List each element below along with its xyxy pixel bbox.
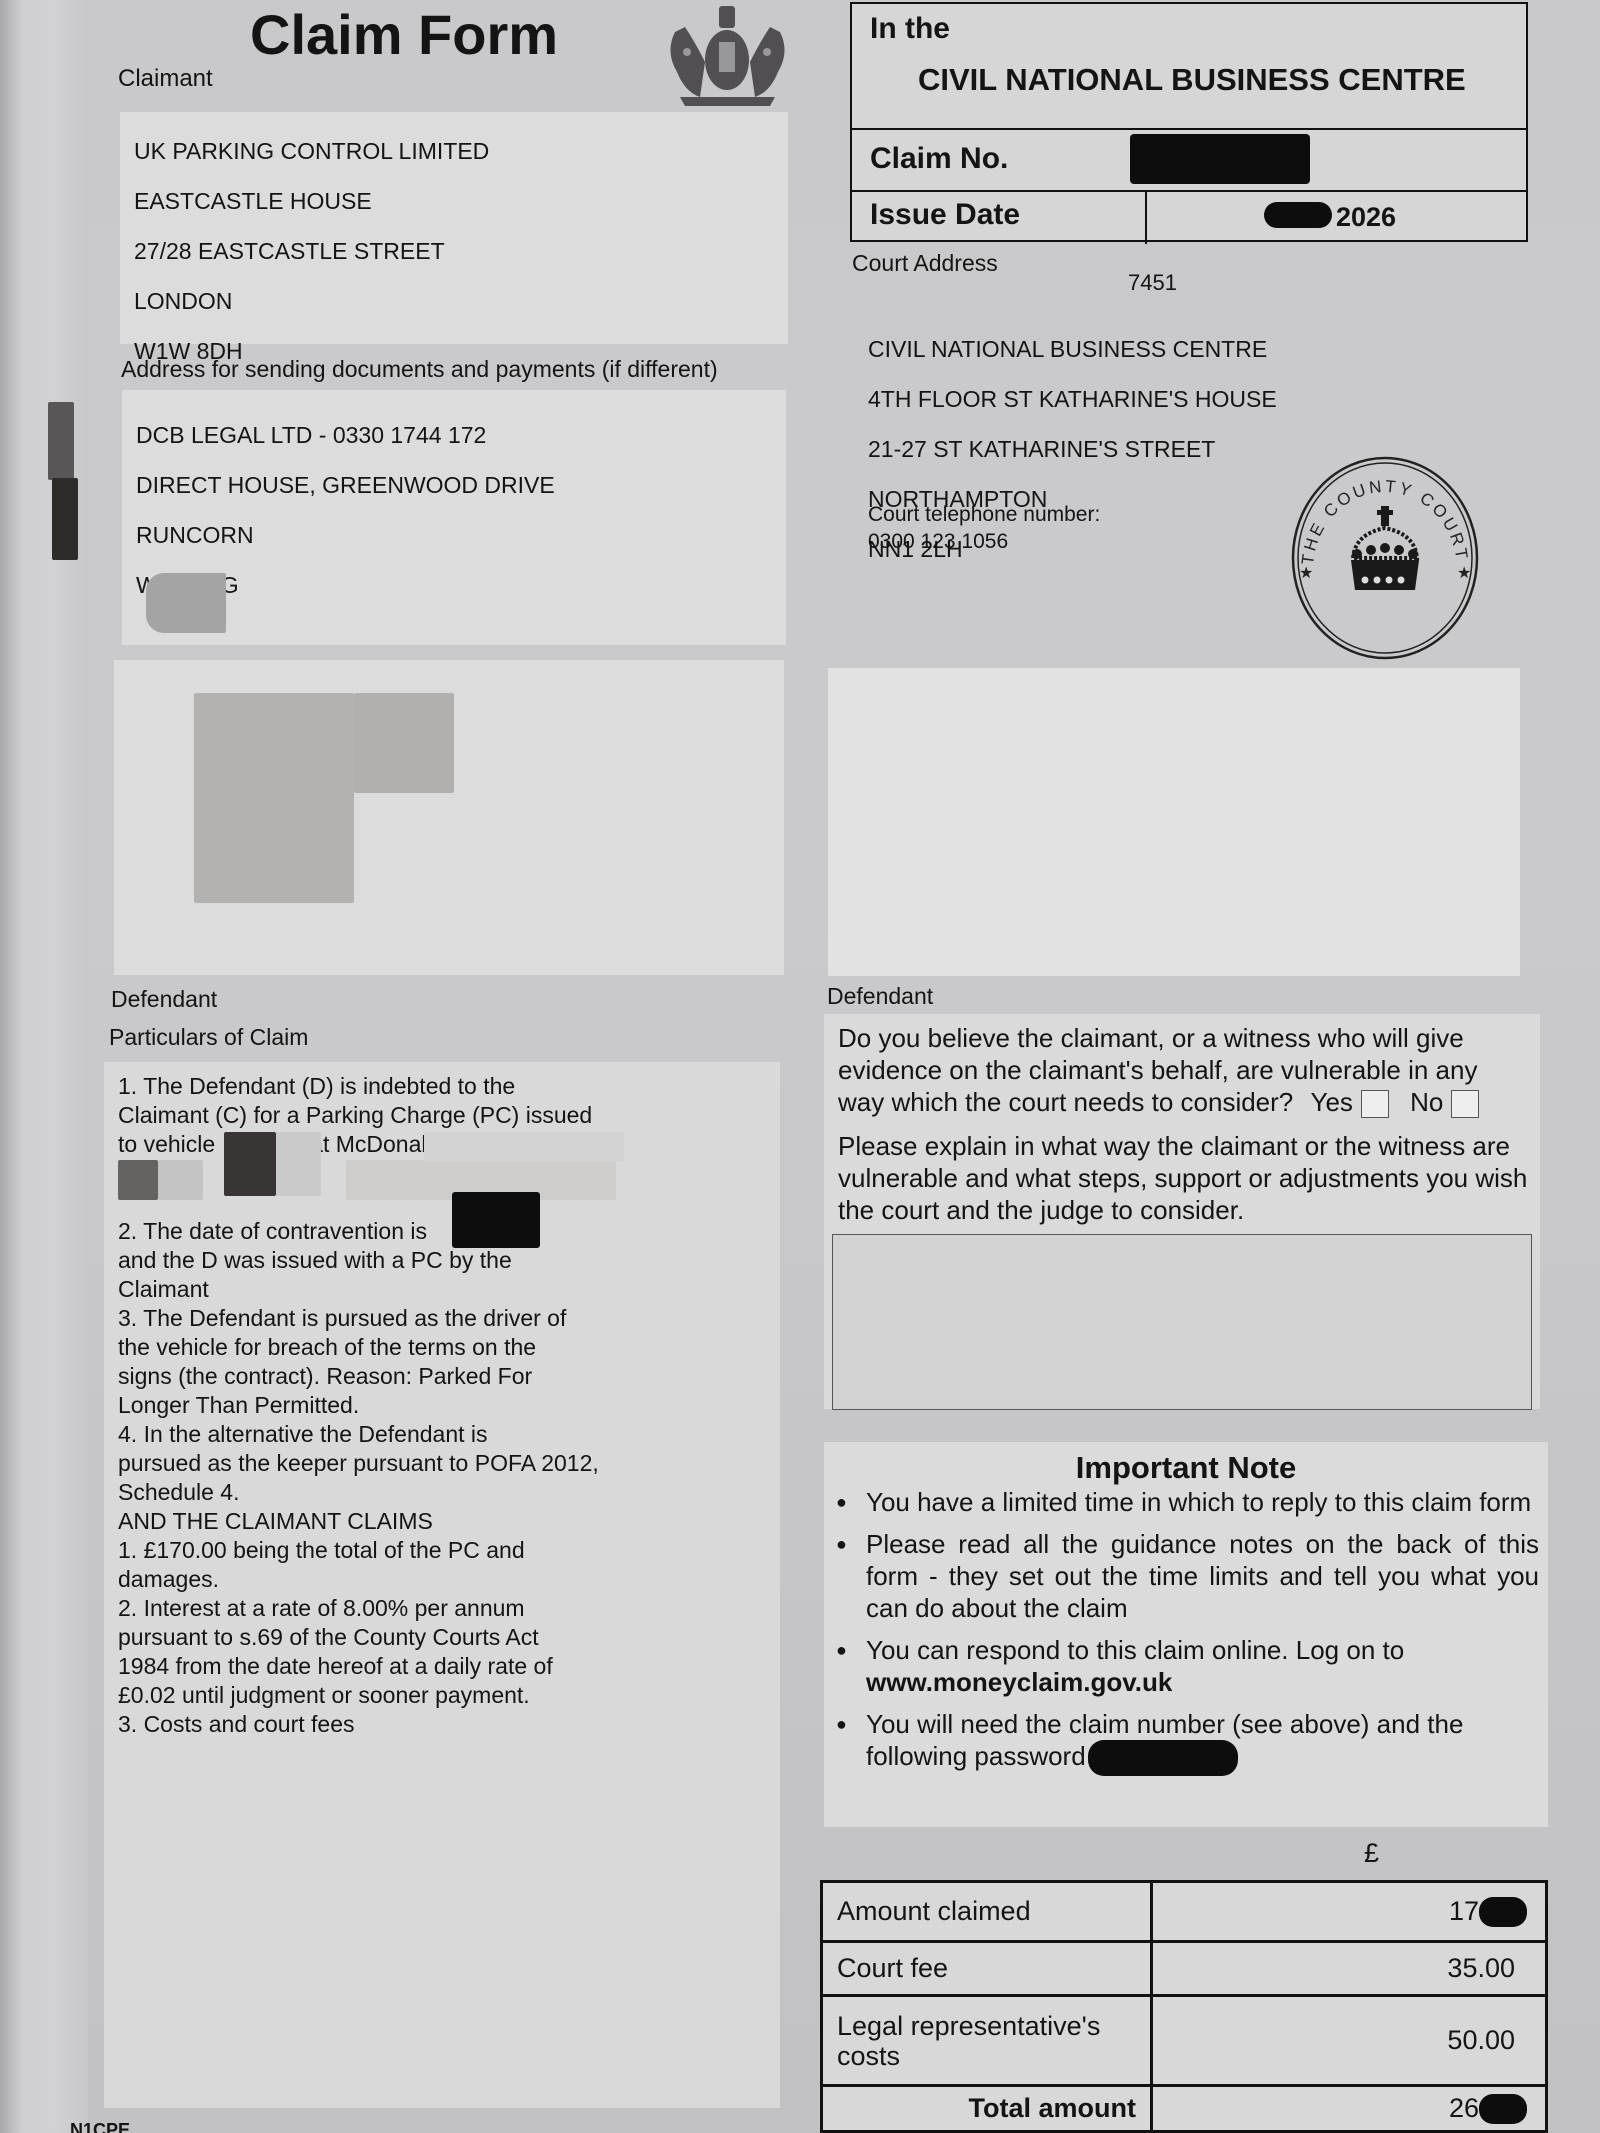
- particulars-line: Claimant: [118, 1275, 758, 1304]
- amount-value: 50.00: [1152, 1996, 1547, 2086]
- particulars-line: 1984 from the date hereof at a daily rat…: [118, 1652, 758, 1681]
- amount-row: Legal representative's costs 50.00: [822, 1996, 1547, 2086]
- redaction-mark: [354, 693, 454, 793]
- particulars-line: Longer Than Permitted.: [118, 1391, 758, 1420]
- in-the-label: In the: [870, 12, 950, 46]
- particulars-line: 4. In the alternative the Defendant is: [118, 1420, 758, 1449]
- yes-label: Yes: [1311, 1087, 1353, 1117]
- particulars-label: Particulars of Claim: [109, 1024, 308, 1051]
- svg-text:★: ★: [1457, 565, 1471, 582]
- note-text: You can respond to this claim online. Lo…: [866, 1635, 1404, 1665]
- claim-no-row: Claim No.: [852, 128, 1526, 190]
- important-note-list: You have a limited time in which to repl…: [834, 1486, 1539, 1786]
- yes-checkbox[interactable]: [1361, 1090, 1389, 1118]
- defendant-address-box: [114, 660, 784, 975]
- note-text: You have a limited time in which to repl…: [866, 1487, 1531, 1517]
- address-line: EASTCASTLE HOUSE: [134, 189, 489, 214]
- particulars-line: £0.02 until judgment or sooner payment.: [118, 1681, 758, 1710]
- court-address-label: Court Address: [852, 250, 998, 277]
- no-checkbox[interactable]: [1451, 1090, 1479, 1118]
- form-code: N1CPE: [70, 2120, 130, 2133]
- particulars-line: pursuant to s.69 of the County Courts Ac…: [118, 1623, 758, 1652]
- particulars-line: Claimant (C) for a Parking Charge (PC) i…: [118, 1101, 758, 1130]
- address-line: LONDON: [134, 289, 489, 314]
- address-line: CIVIL NATIONAL BUSINESS CENTRE: [868, 337, 1277, 362]
- amount-redacted: [1479, 1897, 1527, 1927]
- address-line: 27/28 EASTCASTLE STREET: [134, 239, 489, 264]
- amount-row: Court fee 35.00: [822, 1942, 1547, 1996]
- currency-symbol: £: [1364, 1838, 1379, 1869]
- redaction-mark: [194, 693, 354, 903]
- particulars-line: signs (the contract). Reason: Parked For: [118, 1362, 758, 1391]
- page-title: Claim Form: [250, 2, 558, 67]
- county-court-seal-icon: THE COUNTY COURT ★ ★: [1285, 450, 1485, 665]
- address-line: 21-27 ST KATHARINE'S STREET: [868, 437, 1277, 462]
- redaction-mark: [224, 1132, 276, 1196]
- claimant-address-box: UK PARKING CONTROL LIMITED EASTCASTLE HO…: [120, 112, 788, 344]
- amount-value: 35.00: [1152, 1942, 1547, 1996]
- redaction-mark: [52, 478, 78, 560]
- important-note-box: Important Note You have a limited time i…: [824, 1442, 1548, 1827]
- amount-row: Amount claimed 17: [822, 1882, 1547, 1942]
- redaction-mark: [118, 1160, 158, 1200]
- particulars-line: the vehicle for breach of the terms on t…: [118, 1333, 758, 1362]
- court-telephone: 0300 123 1056: [868, 530, 1008, 554]
- total-redacted: [1479, 2094, 1527, 2124]
- amount-label: Amount claimed: [822, 1882, 1152, 1942]
- particulars-line: and the D was issued with a PC by the: [118, 1246, 758, 1275]
- total-value-text: 26: [1449, 2093, 1479, 2123]
- password-redacted: [1088, 1740, 1238, 1776]
- address-line: RUNCORN: [136, 523, 555, 548]
- amounts-table: Amount claimed 17 Court fee 35.00 Legal …: [820, 1880, 1548, 2133]
- vulnerability-question: Do you believe the claimant, or a witnes…: [838, 1022, 1528, 1118]
- particulars-line: 1. £170.00 being the total of the PC and: [118, 1536, 758, 1565]
- total-value: 26: [1152, 2086, 1547, 2132]
- claim-no-label: Claim No.: [870, 142, 1008, 176]
- important-note-title: Important Note: [824, 1450, 1548, 1486]
- issue-date-value: 2026: [1336, 202, 1396, 233]
- defendant-label: Defendant: [111, 986, 217, 1013]
- note-bullet: You will need the claim number (see abov…: [834, 1708, 1539, 1776]
- service-address-box: DCB LEGAL LTD - 0330 1744 172 DIRECT HOU…: [122, 390, 786, 645]
- royal-coat-of-arms-icon: [655, 2, 800, 110]
- issue-date-row: Issue Date 2026: [852, 190, 1526, 242]
- particulars-line: damages.: [118, 1565, 758, 1594]
- particulars-line: 1. The Defendant (D) is indebted to the: [118, 1072, 758, 1101]
- particulars-text-fragment: to vehicle: [118, 1131, 215, 1157]
- redaction-mark: [146, 573, 226, 633]
- address-line: 4TH FLOOR ST KATHARINE'S HOUSE: [868, 387, 1277, 412]
- amount-label: Court fee: [822, 1942, 1152, 1996]
- total-label: Total amount: [822, 2086, 1152, 2132]
- blank-right-box: [828, 668, 1520, 976]
- issue-date-label: Issue Date: [870, 198, 1020, 232]
- note-bullet: You can respond to this claim online. Lo…: [834, 1634, 1539, 1698]
- particulars-text-fragment: 2. The date of contravention is: [118, 1218, 427, 1244]
- note-bullet: You have a limited time in which to repl…: [834, 1486, 1539, 1518]
- particulars-line: 2. Interest at a rate of 8.00% per annum: [118, 1594, 758, 1623]
- vulnerability-box: Do you believe the claimant, or a witnes…: [824, 1014, 1540, 1409]
- particulars-line: 2. The date of contravention is: [118, 1217, 758, 1246]
- note-bullet: Please read all the guidance notes on th…: [834, 1528, 1539, 1624]
- claimant-label: Claimant: [118, 65, 213, 93]
- vulnerability-explain: Please explain in what way the claimant …: [838, 1130, 1528, 1226]
- court-name: CIVIL NATIONAL BUSINESS CENTRE: [918, 62, 1466, 98]
- particulars-line: 3. Costs and court fees: [118, 1710, 758, 1739]
- amount-value: 17: [1152, 1882, 1547, 1942]
- no-label: No: [1410, 1087, 1443, 1117]
- issue-date-divider: [1145, 192, 1147, 244]
- particulars-of-claim-box: 1. The Defendant (D) is indebted to the …: [104, 1062, 780, 2108]
- court-code: 7451: [1128, 270, 1177, 296]
- service-address-label: Address for sending documents and paymen…: [121, 356, 718, 383]
- issue-date-redacted: [1264, 202, 1332, 228]
- note-text: Please read all the guidance notes on th…: [866, 1529, 1539, 1623]
- address-line: DCB LEGAL LTD - 0330 1744 172: [136, 423, 555, 448]
- vulnerability-explain-field[interactable]: [832, 1234, 1532, 1410]
- paper-stack-edge: [0, 0, 90, 2133]
- svg-text:★: ★: [1299, 565, 1313, 582]
- redaction-mark: [158, 1160, 203, 1200]
- particulars-line: Schedule 4.: [118, 1478, 758, 1507]
- particulars-line: 3. The Defendant is pursued as the drive…: [118, 1304, 758, 1333]
- moneyclaim-link[interactable]: www.moneyclaim.gov.uk: [866, 1667, 1172, 1697]
- address-line: UK PARKING CONTROL LIMITED: [134, 139, 489, 164]
- particulars-line: pursued as the keeper pursuant to POFA 2…: [118, 1449, 758, 1478]
- court-telephone-label: Court telephone number:: [868, 503, 1100, 527]
- address-line: DIRECT HOUSE, GREENWOOD DRIVE: [136, 473, 555, 498]
- defendant-right-label: Defendant: [827, 983, 933, 1010]
- court-header-box: In the CIVIL NATIONAL BUSINESS CENTRE Cl…: [850, 2, 1528, 242]
- redaction-mark: [276, 1132, 321, 1196]
- amount-label: Legal representative's costs: [822, 1996, 1152, 2086]
- total-row: Total amount 26: [822, 2086, 1547, 2132]
- redaction-mark: [48, 402, 74, 480]
- claim-number-redacted: [1130, 134, 1310, 184]
- particulars-line: AND THE CLAIMANT CLAIMS: [118, 1507, 758, 1536]
- redaction-mark: [424, 1132, 624, 1162]
- amount-value-text: 17: [1449, 1896, 1479, 1926]
- redaction-mark: [452, 1192, 540, 1248]
- claimant-address: UK PARKING CONTROL LIMITED EASTCASTLE HO…: [134, 114, 489, 389]
